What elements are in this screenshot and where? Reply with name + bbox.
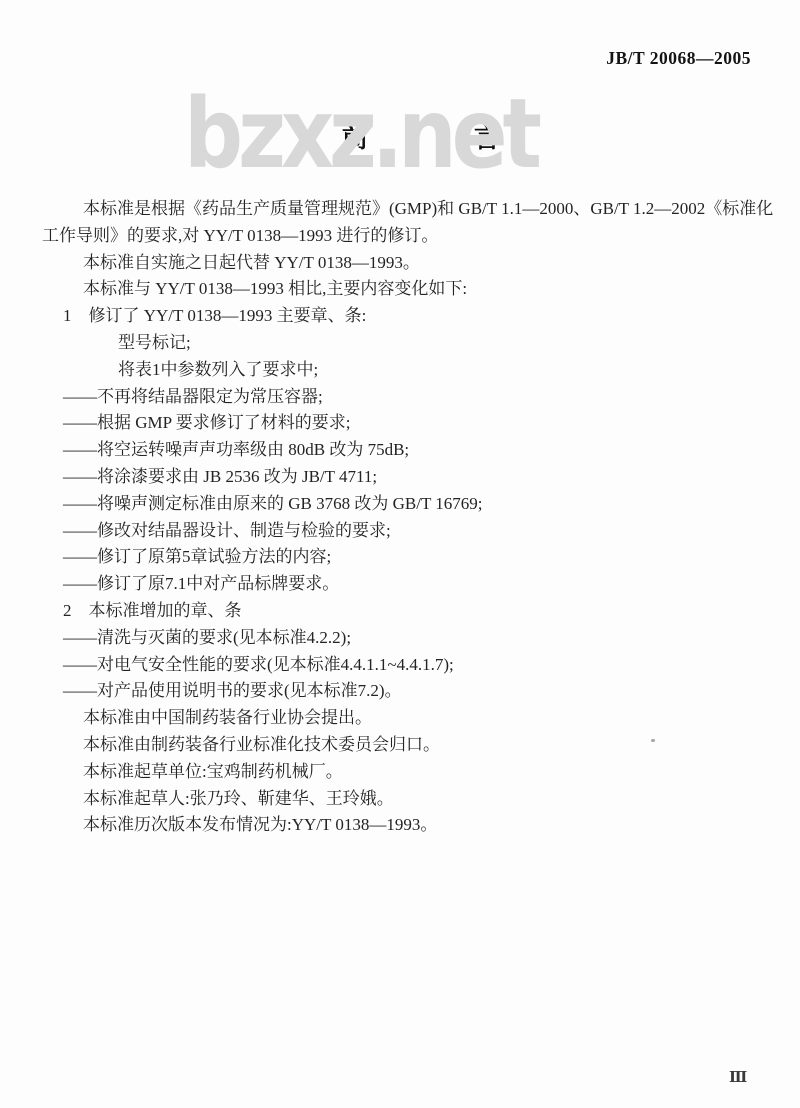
text-line: 1 修订了 YY/T 0138—1993 主要章、条: (42, 303, 758, 330)
text-line: 本标准是根据《药品生产质量管理规范》(GMP)和 GB/T 1.1—2000、G… (42, 196, 758, 223)
page-number: Ⅲ (729, 1068, 747, 1087)
text-line: ——修订了原第5章试验方法的内容; (42, 544, 758, 571)
foreword-body: 本标准是根据《药品生产质量管理规范》(GMP)和 GB/T 1.1—2000、G… (42, 196, 758, 839)
text-line: ——不再将结晶器限定为常压容器; (42, 384, 758, 411)
text-line: 2 本标准增加的章、条 (42, 598, 758, 625)
text-line: 工作导则》的要求,对 YY/T 0138—1993 进行的修订。 (42, 223, 758, 250)
text-line: ——对电气安全性能的要求(见本标准4.4.1.1~4.4.1.7); (42, 652, 758, 679)
text-line: ——清洗与灭菌的要求(见本标准4.2.2); (42, 625, 758, 652)
text-line: ——对产品使用说明书的要求(见本标准7.2)。 (42, 678, 758, 705)
text-line: 本标准自实施之日起代替 YY/T 0138—1993。 (42, 250, 758, 277)
text-line: 本标准由制药装备行业标准化技术委员会归口。 (42, 732, 758, 759)
text-line: ——将噪声测定标准由原来的 GB 3768 改为 GB/T 16769; (42, 491, 758, 518)
text-line: 将表1中参数列入了要求中; (42, 357, 758, 384)
text-line: ——修改对结晶器设计、制造与检验的要求; (42, 518, 758, 545)
text-line: 本标准起草人:张乃玲、靳建华、王玲娥。 (42, 786, 758, 813)
text-line: ——修订了原7.1中对产品标牌要求。 (42, 571, 758, 598)
text-line: 本标准由中国制药装备行业协会提出。 (42, 705, 758, 732)
text-line: ——根据 GMP 要求修订了材料的要求; (42, 410, 758, 437)
scanned-standard-page: JB/T 20068—2005 前 言 bzxz.net 本标准是根据《药品生产… (0, 0, 800, 1108)
text-line: 型号标记; (42, 330, 758, 357)
text-line: ——将空运转噪声声功率级由 80dB 改为 75dB; (42, 437, 758, 464)
standard-code: JB/T 20068—2005 (606, 48, 751, 69)
text-line: 本标准起草单位:宝鸡制药机械厂。 (42, 759, 758, 786)
text-line: 本标准历次版本发布情况为:YY/T 0138—1993。 (42, 812, 758, 839)
text-line: ——将涂漆要求由 JB 2536 改为 JB/T 4711; (42, 464, 758, 491)
scan-speck (651, 739, 655, 742)
text-line: 本标准与 YY/T 0138—1993 相比,主要内容变化如下: (42, 276, 758, 303)
